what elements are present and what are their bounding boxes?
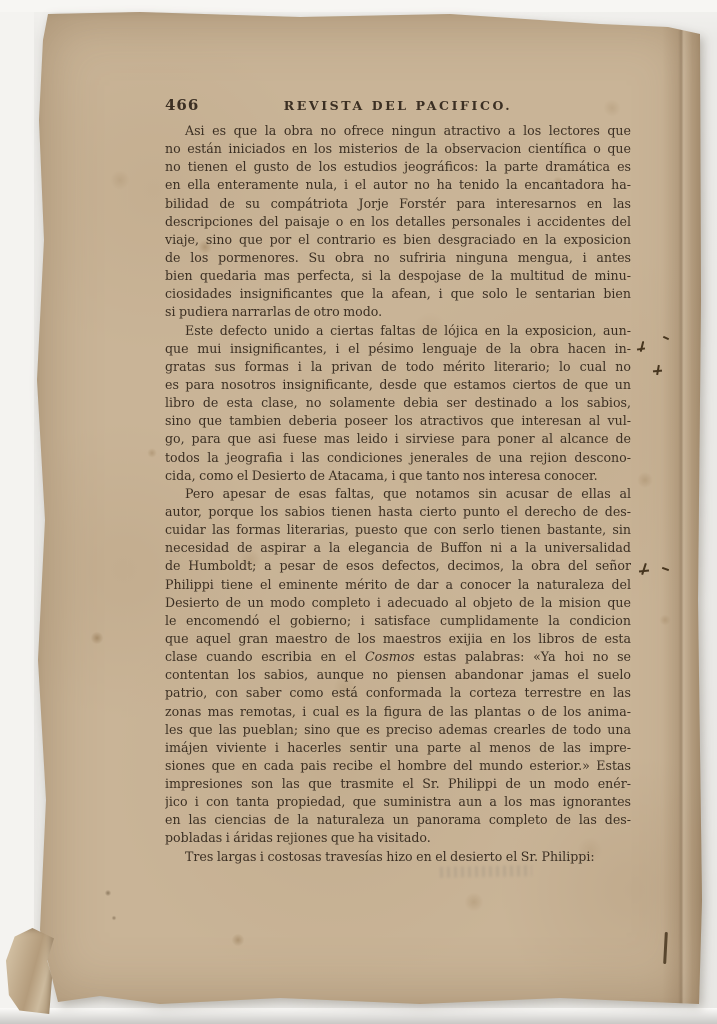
text-line: no tienen el gusto de los estudios jeogr…: [165, 158, 631, 176]
italic-word-cosmos: Cosmos: [365, 649, 415, 664]
text-line: zonas mas remotas, i cual es la figura d…: [165, 703, 631, 721]
text-line: Este defecto unido a ciertas faltas de l…: [165, 322, 631, 340]
text-line: Desierto de un modo completo i adecuado …: [165, 594, 631, 612]
text-line: Pero apesar de esas faltas, que notamos …: [165, 485, 631, 503]
text-line: autor, porque los sabios tienen hasta ci…: [165, 503, 631, 521]
text-line: no están iniciados en los misterios de l…: [165, 140, 631, 158]
text-line: bilidad de su compátriota Jorje Forstér …: [165, 195, 631, 213]
text-line: es para nosotros insignificante, desde q…: [165, 376, 631, 394]
text-segment: clase cuando escribia en el: [165, 649, 365, 664]
text-line: Philippi tiene el eminente mérito de dar…: [165, 576, 631, 594]
text-line: jico i con tanta propiedad, que suminist…: [165, 793, 631, 811]
paper-sheet: 466 REVISTA DEL PACIFICO. Asi es que la …: [34, 10, 702, 1008]
text-line: siones que en cada pais recibe el hombre…: [165, 757, 631, 775]
ink-mark: [663, 336, 669, 340]
text-line: gratas sus formas i la privan de todo mé…: [165, 358, 631, 376]
text-line: le encomendó el gobierno; i satisface cu…: [165, 612, 631, 630]
text-line: les que las pueblan; sino que es preciso…: [165, 721, 631, 739]
text-line: imájen viviente i hacerles sentir una pa…: [165, 739, 631, 757]
text-line: impresiones son las que trasmite el Sr. …: [165, 775, 631, 793]
text-line: sino que tambien deberia poseer los atra…: [165, 412, 631, 430]
text-line: cuidar las formas literarias, puesto que…: [165, 521, 631, 539]
text-line: bien quedaria mas perfecta, si la despoj…: [165, 267, 631, 285]
text-line: Asi es que la obra no ofrece ningun atra…: [165, 122, 631, 140]
text-line: que mui insignificantes, i el pésimo len…: [165, 340, 631, 358]
text-line: descripciones del paisaje o en los detal…: [165, 213, 631, 231]
text-line: ciosidades insignificantes que la afean,…: [165, 285, 631, 303]
ink-mark: [663, 932, 668, 964]
text-line: cida, como el Desierto de Atacama, i que…: [165, 467, 631, 485]
text-segment: estas palabras: «Ya hoi no se: [415, 649, 631, 664]
text-line: patrio, con saber como está conformada l…: [165, 684, 631, 702]
text-line: pobladas i áridas rejiones que ha visita…: [165, 829, 631, 847]
page-number: 466: [165, 96, 199, 114]
text-line: que aquel gran maestro de los maestros e…: [165, 630, 631, 648]
text-line: en ella enteramente nula, i el autor no …: [165, 176, 631, 194]
text-line: de Humboldt; a pesar de esos defectos, d…: [165, 557, 631, 575]
folded-corner-tab: [6, 928, 54, 1014]
body-text: Asi es que la obra no ofrece ningun atra…: [165, 122, 631, 866]
text-line: Tres largas i costosas travesías hizo en…: [165, 848, 631, 866]
fold-crease: [662, 10, 702, 1008]
page-header: 466 REVISTA DEL PACIFICO.: [165, 96, 631, 114]
journal-title: REVISTA DEL PACIFICO.: [165, 96, 631, 113]
page-content: 466 REVISTA DEL PACIFICO. Asi es que la …: [165, 96, 631, 866]
text-line: todos la jeografia i las condiciones jen…: [165, 449, 631, 467]
text-line: clase cuando escribia en el Cosmos estas…: [165, 648, 631, 666]
text-line: contentan los sabios, aunque no piensen …: [165, 666, 631, 684]
text-line: go, para que asi fuese mas leido i sirvi…: [165, 430, 631, 448]
scanned-page: 466 REVISTA DEL PACIFICO. Asi es que la …: [0, 0, 717, 1024]
text-line: libro de esta clase, no solamente debia …: [165, 394, 631, 412]
ink-mark: [653, 370, 662, 373]
text-line: viaje, sino que por el contrario es bien…: [165, 231, 631, 249]
text-line: si pudiera narrarlas de otro modo.: [165, 303, 631, 321]
faint-smudge: [440, 865, 532, 878]
text-line: en las ciencias de la naturaleza un pano…: [165, 811, 631, 829]
text-line: de los pormenores. Su obra no sufriria n…: [165, 249, 631, 267]
ink-mark: [662, 567, 669, 571]
text-line: necesidad de aspirar a la elegancia de B…: [165, 539, 631, 557]
